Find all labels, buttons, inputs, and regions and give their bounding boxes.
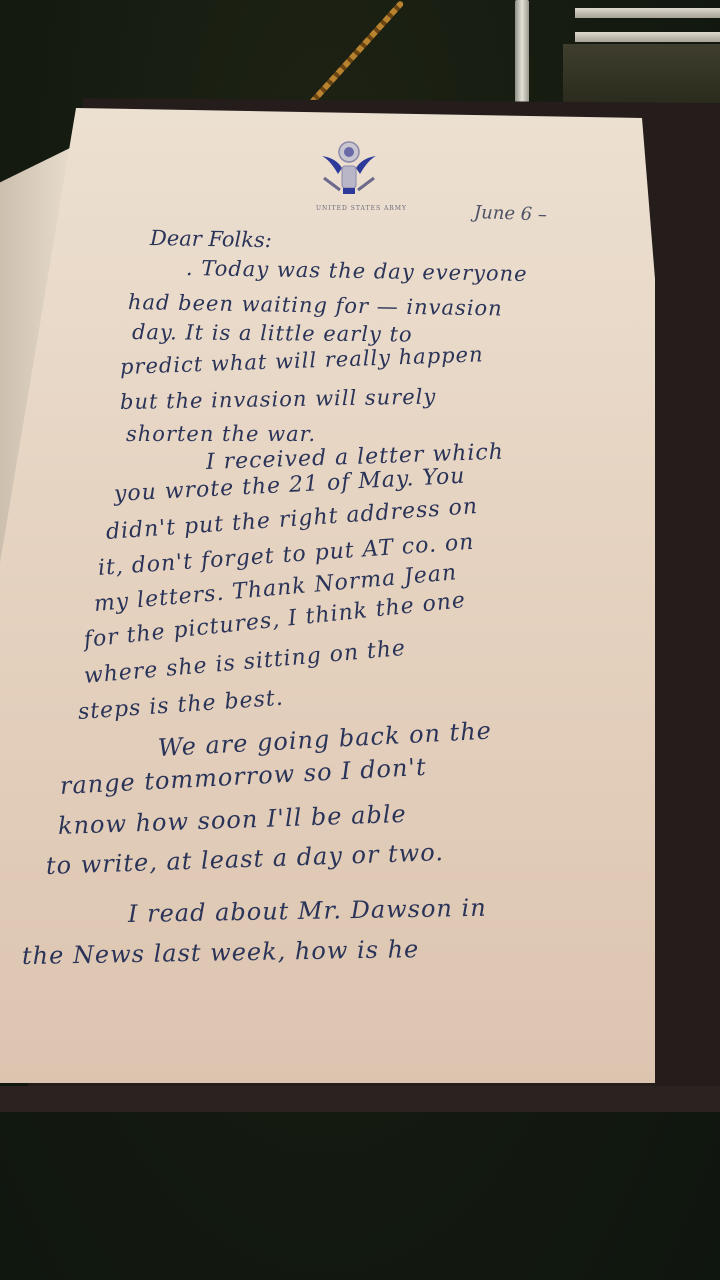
letter-salutation: Dear Folks:: [150, 226, 272, 252]
letter-line: shorten the war.: [126, 422, 316, 446]
letterhead-text: UNITED STATES ARMY: [316, 205, 407, 212]
gold-cord: [306, 0, 404, 108]
display-stand: [505, 0, 720, 118]
stand-post: [515, 0, 529, 110]
stand-bar: [575, 32, 720, 42]
letter-line: day. It is a little early to: [132, 320, 413, 346]
letter-date: June 6 –: [474, 202, 548, 226]
folder-bottom-edge: [0, 1086, 720, 1112]
eagle-seal-icon: [314, 138, 384, 204]
stand-bar: [575, 8, 720, 18]
